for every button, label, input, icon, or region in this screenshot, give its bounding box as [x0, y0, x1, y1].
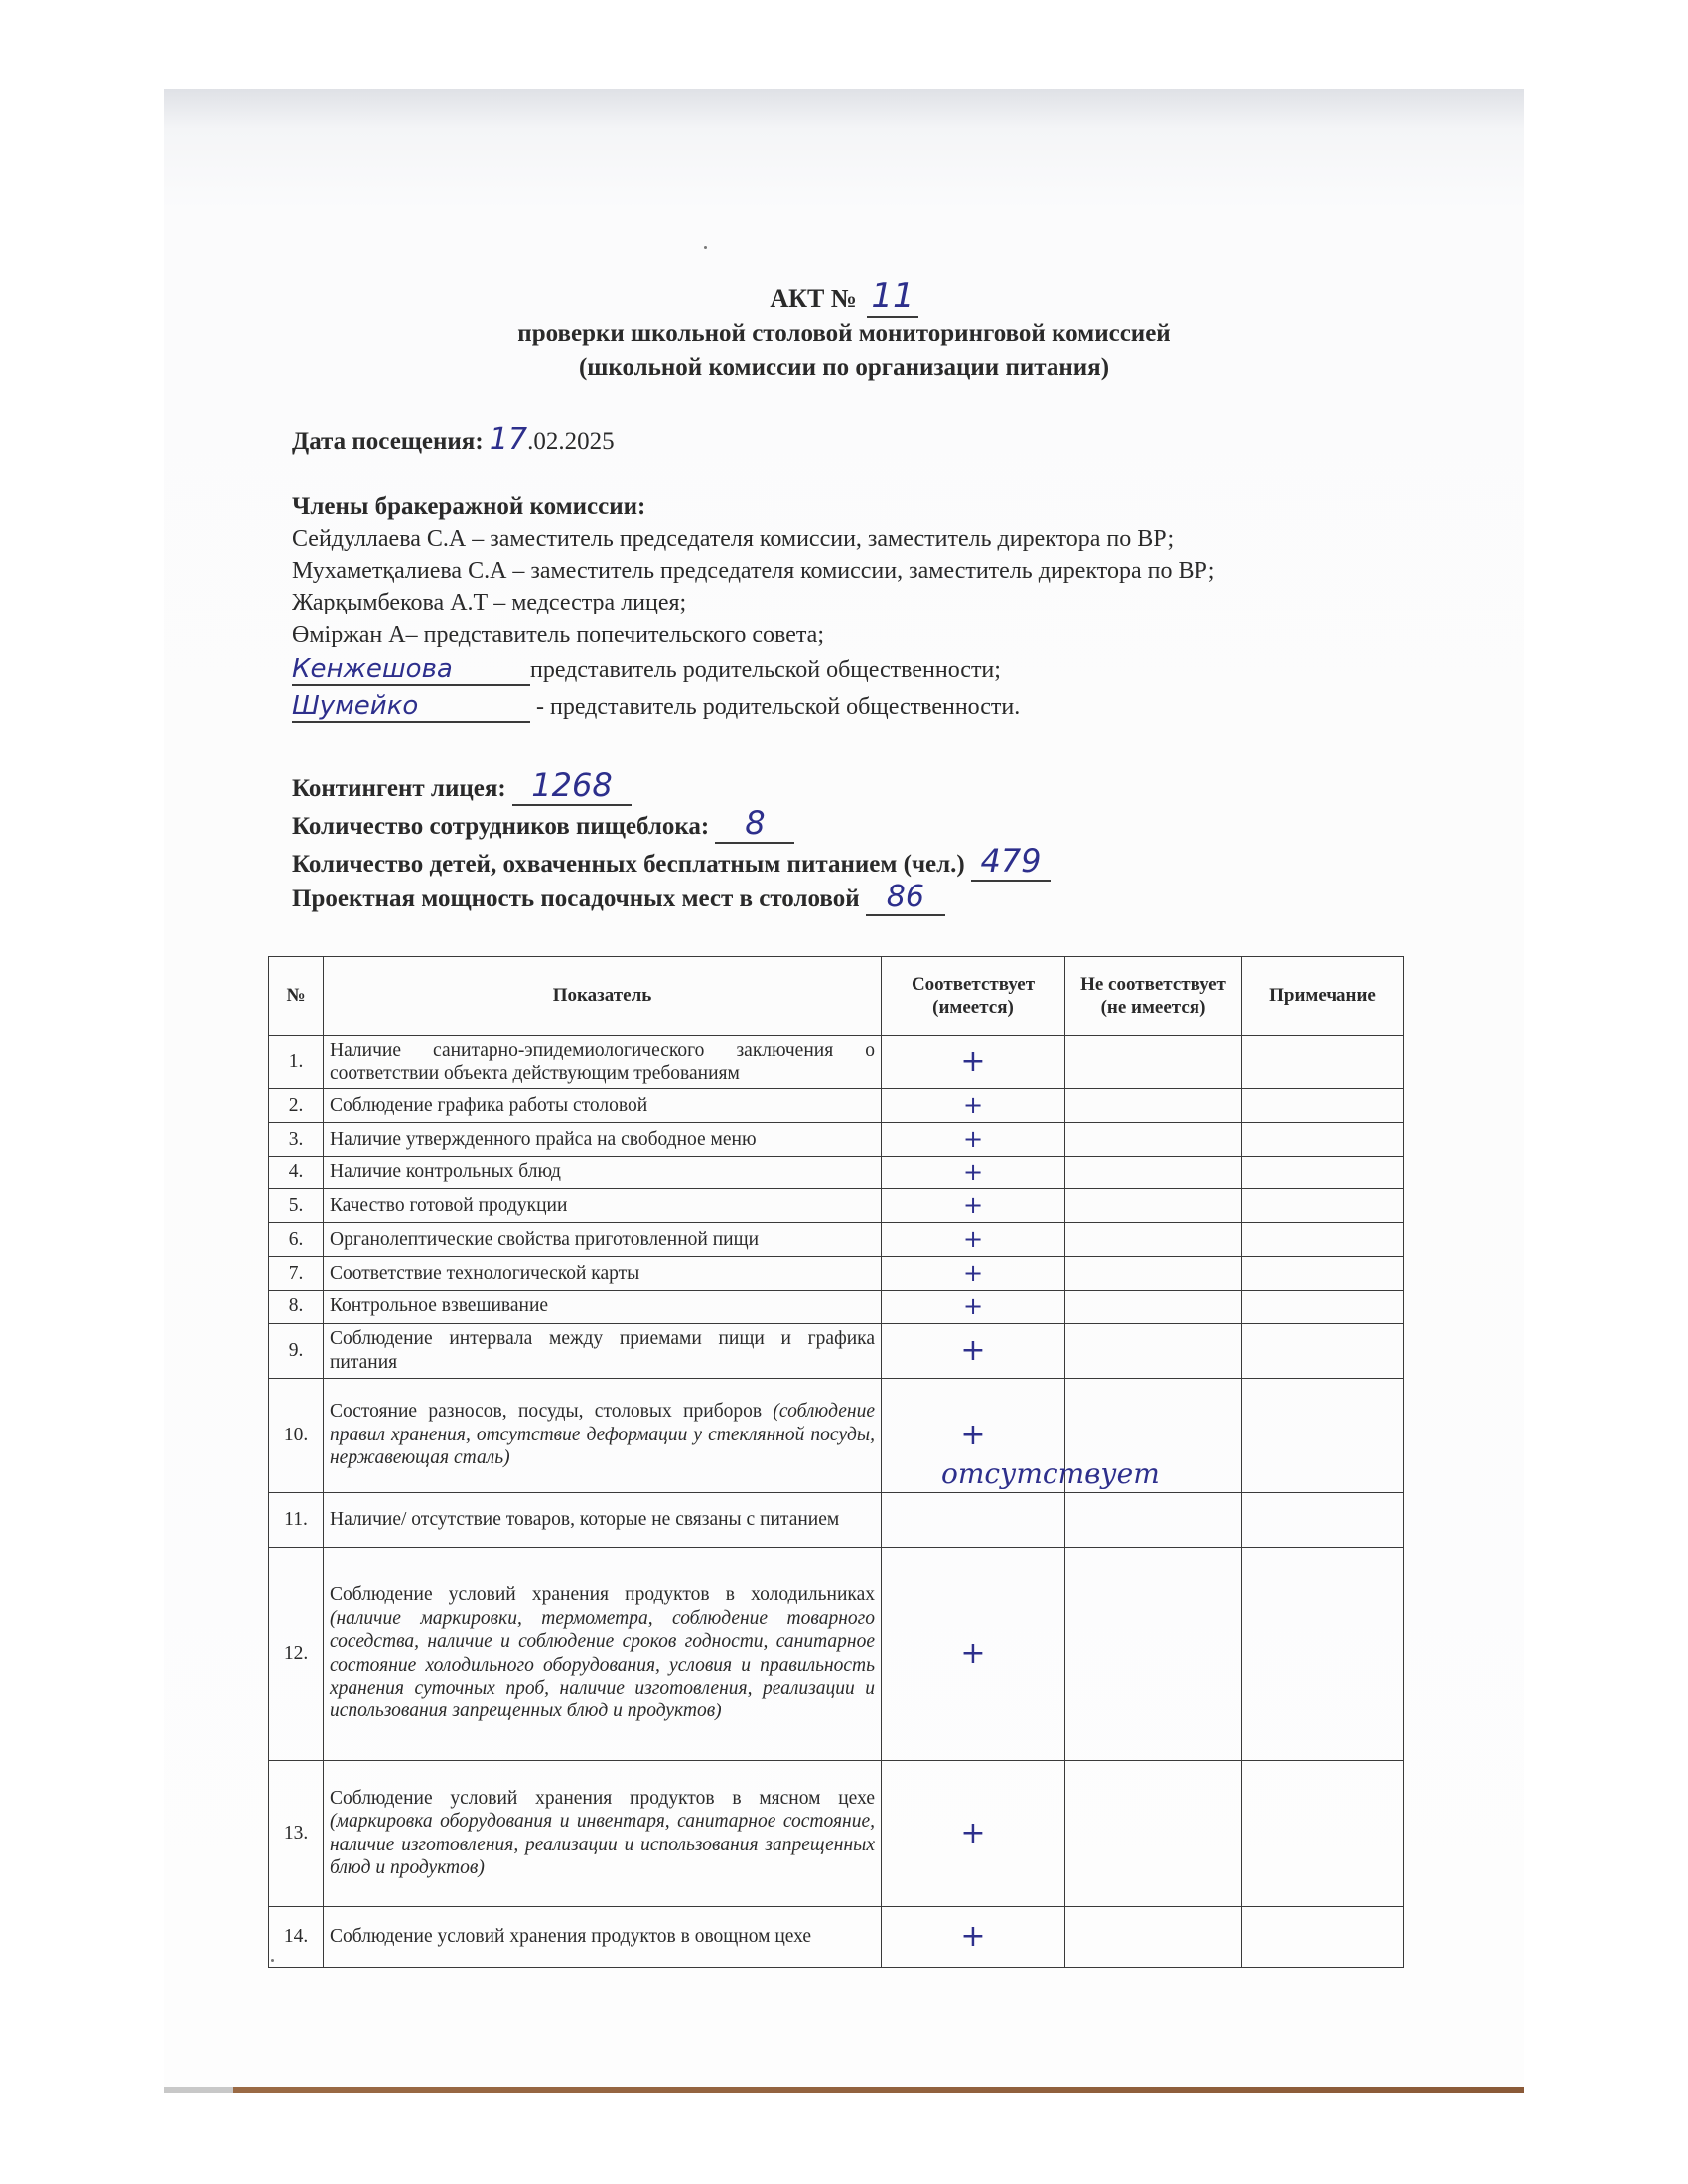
row-number: 11. — [269, 1492, 324, 1547]
act-subtitle-2: (школьной комиссии по организации питани… — [119, 354, 1569, 382]
row-note — [1242, 1323, 1404, 1378]
row-indicator: Состояние разносов, посуды, столовых при… — [324, 1378, 882, 1492]
indicator-text: Соблюдение графика работы столовой — [330, 1095, 647, 1116]
table-row: 13.Соблюдение условий хранения продуктов… — [269, 1760, 1404, 1906]
stat-staff: Количество сотрудников пищеблока: 8 — [292, 804, 794, 844]
not-complies-mark — [1065, 1492, 1242, 1547]
row-note — [1242, 1378, 1404, 1492]
row-note — [1242, 1760, 1404, 1906]
not-complies-mark — [1065, 1156, 1242, 1189]
indicator-details: (наличие маркировки, термометра, соблюде… — [330, 1608, 875, 1722]
row-note — [1242, 1290, 1404, 1323]
not-complies-mark — [1065, 1906, 1242, 1967]
stat-value: 1268 — [512, 766, 632, 806]
table-row: 14.Соблюдение условий хранения продуктов… — [269, 1906, 1404, 1967]
indicator-text: Наличие санитарно-эпидемиологического за… — [330, 1040, 875, 1084]
row-number: 13. — [269, 1760, 324, 1906]
indicator-text: Наличие утвержденного прайса на свободно… — [330, 1129, 757, 1150]
row-indicator: Соблюдение условий хранения продуктов в … — [324, 1760, 882, 1906]
table-row: 11.Наличие/ отсутствие товаров, которые … — [269, 1492, 1404, 1547]
not-complies-mark — [1065, 1547, 1242, 1760]
row-indicator: Соблюдение графика работы столовой — [324, 1089, 882, 1123]
indicator-text: Контрольное взвешивание — [330, 1296, 548, 1316]
row-note — [1242, 1189, 1404, 1223]
member-role: представитель родительской общественност… — [530, 657, 1001, 683]
row-note — [1242, 1492, 1404, 1547]
table-row: 3.Наличие утвержденного прайса на свобод… — [269, 1122, 1404, 1156]
col-header-num: № — [269, 957, 324, 1036]
complies-mark: + — [882, 1089, 1065, 1123]
indicator-text: Соблюдение условий хранения продуктов в … — [330, 1926, 811, 1947]
indicator-text: Соблюдение условий хранения продуктов в … — [330, 1788, 875, 1809]
stat-value: 86 — [866, 880, 945, 916]
complies-mark: + — [882, 1906, 1065, 1967]
stat-label: Количество сотрудников пищеблока: — [292, 813, 709, 840]
member-line: Шумейко - представитель родительской общ… — [292, 691, 1020, 723]
member-role: – представитель попечительского совета; — [406, 622, 824, 648]
complies-mark: + — [882, 1036, 1065, 1089]
table-row: 6.Органолептические свойства приготовлен… — [269, 1223, 1404, 1257]
member-name: Мухаметқалиева С.А — [292, 558, 506, 584]
complies-mark: + — [882, 1189, 1065, 1223]
member-name: Жарқымбекова А.Т — [292, 590, 488, 615]
col-header-complies: Соответствует (имеется) — [882, 957, 1065, 1036]
row-note — [1242, 1089, 1404, 1123]
indicator-text: Соблюдение условий хранения продуктов в … — [330, 1584, 875, 1605]
row-number: 14. — [269, 1906, 324, 1967]
member-line: Кенжешовапредставитель родительской обще… — [292, 654, 1001, 686]
col-header-note: Примечание — [1242, 957, 1404, 1036]
row-note — [1242, 1156, 1404, 1189]
act-number: 11 — [867, 276, 917, 318]
speck — [704, 246, 707, 249]
page-edge-shadow — [164, 2087, 1524, 2093]
member-signature: Шумейко — [292, 691, 530, 723]
stat-seats: Проектная мощность посадочных мест в сто… — [292, 880, 945, 916]
row-indicator: Соблюдение условий хранения продуктов в … — [324, 1547, 882, 1760]
complies-mark: + — [882, 1547, 1065, 1760]
not-complies-mark — [1065, 1256, 1242, 1290]
col-header-not-complies: Не соответствует (не имеется) — [1065, 957, 1242, 1036]
row-number: 3. — [269, 1122, 324, 1156]
complies-mark: + — [882, 1290, 1065, 1323]
row-indicator: Наличие контрольных блюд — [324, 1156, 882, 1189]
col-header-indicator: Показатель — [324, 957, 882, 1036]
table-row: 2.Соблюдение графика работы столовой+ — [269, 1089, 1404, 1123]
stat-contingent: Контингент лицея: 1268 — [292, 766, 632, 806]
row-indicator: Контрольное взвешивание — [324, 1290, 882, 1323]
row-number: 6. — [269, 1223, 324, 1257]
table-row: 1.Наличие санитарно-эпидемиологического … — [269, 1036, 1404, 1089]
member-name: Өміржан А — [292, 622, 406, 648]
indicator-text: Наличие контрольных блюд — [330, 1161, 561, 1182]
row-note — [1242, 1256, 1404, 1290]
row-number: 1. — [269, 1036, 324, 1089]
complies-mark: + — [882, 1256, 1065, 1290]
row-indicator: Органолептические свойства приготовленно… — [324, 1223, 882, 1257]
not-complies-mark — [1065, 1760, 1242, 1906]
row-indicator: Соблюдение интервала между приемами пищи… — [324, 1323, 882, 1378]
indicator-text: Наличие/ отсутствие товаров, которые не … — [330, 1509, 839, 1530]
indicator-text: Состояние разносов, посуды, столовых при… — [330, 1401, 773, 1422]
row-number: 7. — [269, 1256, 324, 1290]
indicator-text: Соблюдение интервала между приемами пищи… — [330, 1328, 875, 1372]
table-row: 10.Состояние разносов, посуды, столовых … — [269, 1378, 1404, 1492]
inspection-table: № Показатель Соответствует (имеется) Не … — [268, 956, 1404, 1968]
row-indicator: Наличие/ отсутствие товаров, которые не … — [324, 1492, 882, 1547]
member-name: Сейдуллаева С.А — [292, 526, 466, 552]
complies-mark: + — [882, 1156, 1065, 1189]
not-complies-mark — [1065, 1036, 1242, 1089]
table-row: 5.Качество готовой продукции+ — [269, 1189, 1404, 1223]
visit-date-label: Дата посещения: — [292, 428, 484, 455]
complies-mark: + — [882, 1760, 1065, 1906]
not-complies-mark — [1065, 1122, 1242, 1156]
row-indicator: Наличие санитарно-эпидемиологического за… — [324, 1036, 882, 1089]
act-title: АКТ № 11 — [0, 276, 1688, 318]
not-complies-mark — [1065, 1089, 1242, 1123]
row-note — [1242, 1122, 1404, 1156]
row-indicator: Соответствие технологической карты — [324, 1256, 882, 1290]
member-line: Өміржан А– представитель попечительского… — [292, 622, 824, 649]
table-row: 7.Соответствие технологической карты+ — [269, 1256, 1404, 1290]
row-number: 8. — [269, 1290, 324, 1323]
member-signature: Кенжешова — [292, 654, 530, 686]
member-role: - представитель родительской общественно… — [530, 694, 1020, 720]
row-number: 12. — [269, 1547, 324, 1760]
row-note — [1242, 1036, 1404, 1089]
row-note — [1242, 1223, 1404, 1257]
row-indicator: Качество готовой продукции — [324, 1189, 882, 1223]
table-row: 4.Наличие контрольных блюд+ — [269, 1156, 1404, 1189]
not-complies-mark — [1065, 1290, 1242, 1323]
table-header-row: № Показатель Соответствует (имеется) Не … — [269, 957, 1404, 1036]
commission-heading: Члены бракеражной комиссии: — [292, 493, 645, 521]
stat-label: Контингент лицея: — [292, 775, 506, 802]
indicator-text: Качество готовой продукции — [330, 1195, 567, 1216]
table-row: 9.Соблюдение интервала между приемами пи… — [269, 1323, 1404, 1378]
row-number: 4. — [269, 1156, 324, 1189]
row-indicator: Наличие утвержденного прайса на свободно… — [324, 1122, 882, 1156]
stat-value: 8 — [715, 804, 794, 844]
row-number: 2. — [269, 1089, 324, 1123]
row-number: 5. — [269, 1189, 324, 1223]
complies-mark — [882, 1492, 1065, 1547]
row-number: 9. — [269, 1323, 324, 1378]
stat-free-meals: Количество детей, охваченных бесплатным … — [292, 842, 1051, 882]
indicator-text: Органолептические свойства приготовленно… — [330, 1229, 759, 1250]
complies-mark: + — [882, 1122, 1065, 1156]
member-role: – медсестра лицея; — [488, 590, 686, 615]
table-row: 12.Соблюдение условий хранения продуктов… — [269, 1547, 1404, 1760]
stat-label: Проектная мощность посадочных мест в сто… — [292, 886, 860, 912]
visit-date-rest: .02.2025 — [527, 428, 615, 455]
indicator-details: (маркировка оборудования и инвентаря, са… — [330, 1811, 875, 1878]
handwritten-note-row-11: отсутствует — [941, 1457, 1160, 1490]
table-row: 8.Контрольное взвешивание+ — [269, 1290, 1404, 1323]
visit-date: Дата посещения: 17.02.2025 — [292, 422, 615, 457]
member-role: – заместитель председателя комиссии, зам… — [506, 558, 1214, 584]
indicator-text: Соответствие технологической карты — [330, 1263, 639, 1284]
member-line: Сейдуллаева С.А – заместитель председате… — [292, 526, 1174, 553]
act-label: АКТ № — [770, 284, 857, 313]
row-number: 10. — [269, 1378, 324, 1492]
member-line: Жарқымбекова А.Т – медсестра лицея; — [292, 590, 686, 616]
row-indicator: Соблюдение условий хранения продуктов в … — [324, 1906, 882, 1967]
row-note — [1242, 1906, 1404, 1967]
member-line: Мухаметқалиева С.А – заместитель председ… — [292, 558, 1214, 585]
member-role: – заместитель председателя комиссии, зам… — [466, 526, 1174, 552]
row-note — [1242, 1547, 1404, 1760]
complies-mark: + — [882, 1323, 1065, 1378]
not-complies-mark — [1065, 1189, 1242, 1223]
stat-label: Количество детей, охваченных бесплатным … — [292, 851, 965, 878]
complies-mark: + — [882, 1223, 1065, 1257]
not-complies-mark — [1065, 1323, 1242, 1378]
stat-value: 479 — [971, 842, 1051, 882]
act-subtitle-1: проверки школьной столовой мониторингово… — [119, 320, 1569, 347]
visit-date-day: 17 — [490, 422, 527, 457]
not-complies-mark — [1065, 1223, 1242, 1257]
